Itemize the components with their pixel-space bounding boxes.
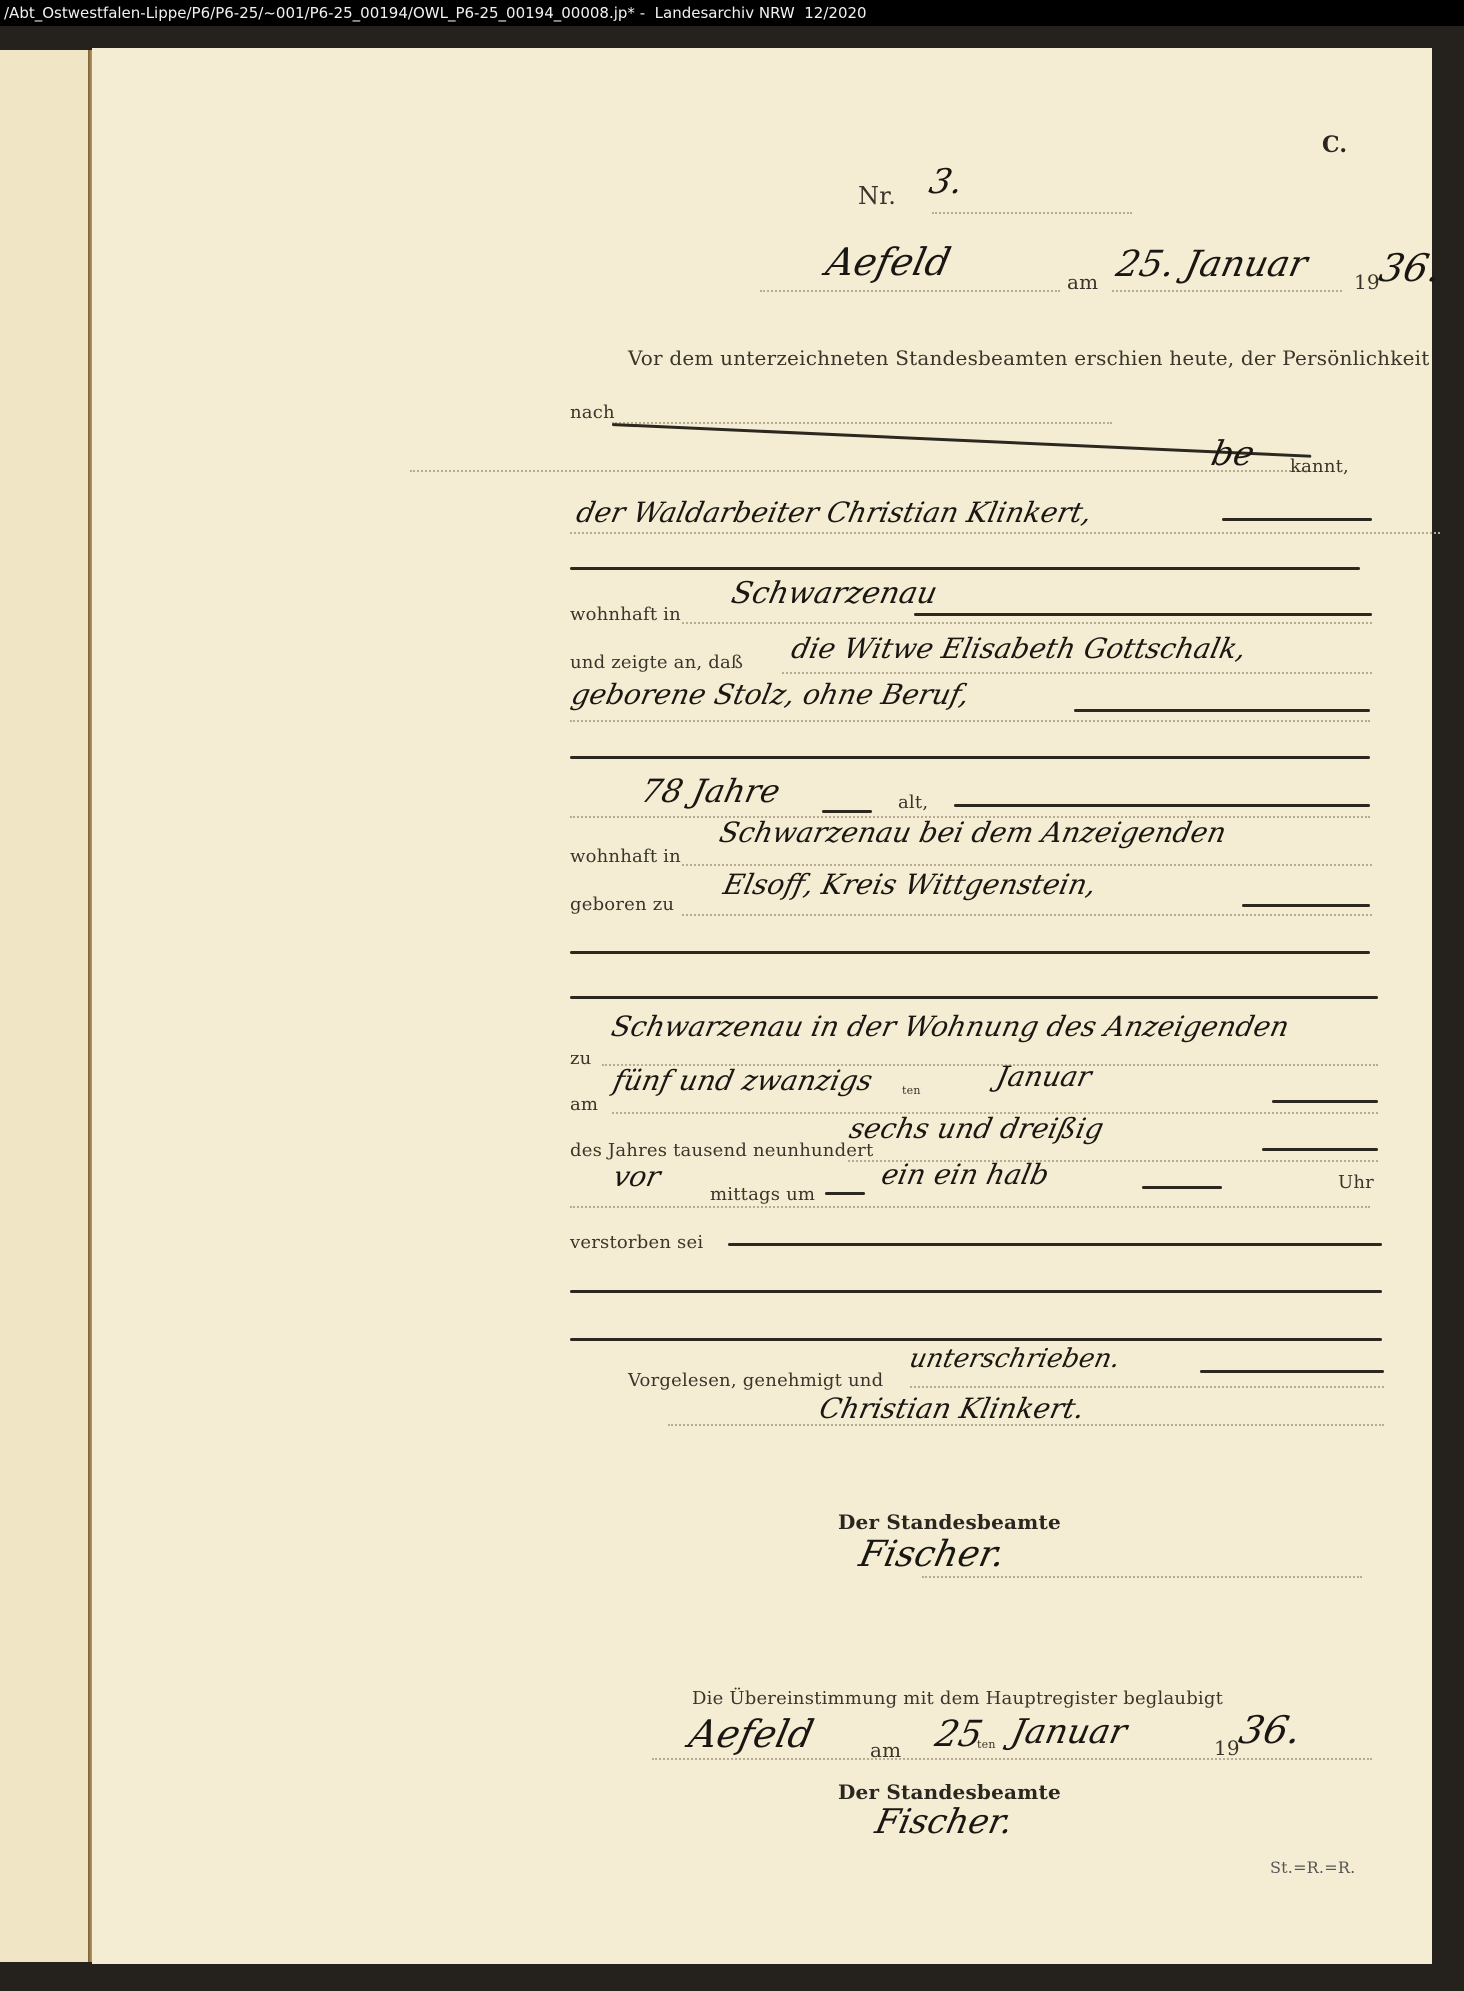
zeigte-label: und zeigte an, daß — [570, 652, 743, 673]
kannt-label: kannt, — [1290, 456, 1349, 477]
nr-label: Nr. — [858, 182, 896, 210]
time-prefix: vor — [610, 1160, 663, 1193]
official-signature: Fischer. — [856, 1534, 1009, 1575]
deceased-residence: Schwarzenau bei dem Anzeigenden — [716, 816, 1229, 849]
jahres-label: des Jahres tausend neunhundert — [570, 1140, 873, 1161]
informant-signature: Christian Klinkert. — [816, 1392, 1087, 1425]
wohnhaft-label: wohnhaft in — [570, 604, 681, 625]
registry-date: 25. Januar — [1113, 244, 1311, 285]
corner-letter: C. — [1322, 132, 1347, 158]
certify-label: Die Übereinstimmung mit dem Hauptregiste… — [692, 1688, 1223, 1709]
wohnhaft2-label: wohnhaft in — [570, 846, 681, 867]
window-title-bar: /Abt_Ostwestfalen-Lippe/P6/P6-25/~001/P6… — [0, 0, 1464, 26]
mittags-label: mittags um — [710, 1184, 815, 1205]
death-place: Schwarzenau in der Wohnung des Anzeigend… — [608, 1010, 1292, 1043]
uhr-label: Uhr — [1338, 1172, 1374, 1193]
alt-label: alt, — [898, 792, 928, 813]
verstorben-label: verstorben sei — [570, 1232, 703, 1253]
window-title: /Abt_Ostwestfalen-Lippe/P6/P6-25/~001/P6… — [4, 4, 867, 22]
cert-year: 36. — [1235, 1708, 1305, 1752]
birthplace: Elsoff, Kreis Wittgenstein, — [720, 868, 1099, 901]
deceased-name-cont: geborene Stolz, ohne Beruf, — [568, 678, 972, 711]
record-number: 3. — [926, 162, 967, 202]
am-label: am — [1067, 270, 1098, 294]
deceased-name: die Witwe Elisabeth Gottschalk, — [788, 632, 1249, 665]
ten-label: ten — [902, 1084, 921, 1097]
death-year: sechs und dreißig — [846, 1112, 1106, 1145]
intro-text: Vor dem unterzeichneten Standesbeamten e… — [628, 346, 1429, 370]
am2-label: am — [570, 1094, 598, 1115]
death-month: Januar — [993, 1060, 1094, 1093]
death-time: ein ein halb — [878, 1158, 1052, 1191]
informant-name: der Waldarbeiter Christian Klinkert, — [573, 496, 1094, 529]
kannt-prefix: be — [1208, 434, 1258, 474]
vorgelesen-label: Vorgelesen, genehmigt und — [628, 1370, 883, 1391]
form-code: St.=R.=R. — [1270, 1858, 1355, 1877]
registry-place: Aefeld — [822, 240, 954, 284]
am3-label: am — [870, 1738, 901, 1762]
registry-year: 36. — [1375, 246, 1445, 290]
official2-label: Der Standesbeamte — [838, 1780, 1061, 1804]
zu-label: zu — [570, 1048, 591, 1069]
ten2-label: ten — [977, 1738, 996, 1751]
deceased-age: 78 Jahre — [638, 772, 784, 810]
signed-note: unterschrieben. — [907, 1344, 1123, 1374]
facing-page-edge — [0, 50, 88, 1962]
geboren-label: geboren zu — [570, 894, 674, 915]
cert-month: Januar — [1008, 1712, 1131, 1752]
informant-residence: Schwarzenau — [728, 576, 940, 611]
death-register-page: C. Nr. 3. Aefeld am 25. Januar 19 36. Vo… — [92, 48, 1432, 1964]
official2-signature: Fischer. — [872, 1802, 1017, 1842]
nach-label: nach — [570, 402, 615, 423]
cert-place: Aefeld — [685, 1712, 817, 1756]
death-day: fünf und zwanzigs — [610, 1064, 875, 1097]
official-label: Der Standesbeamte — [838, 1510, 1061, 1534]
